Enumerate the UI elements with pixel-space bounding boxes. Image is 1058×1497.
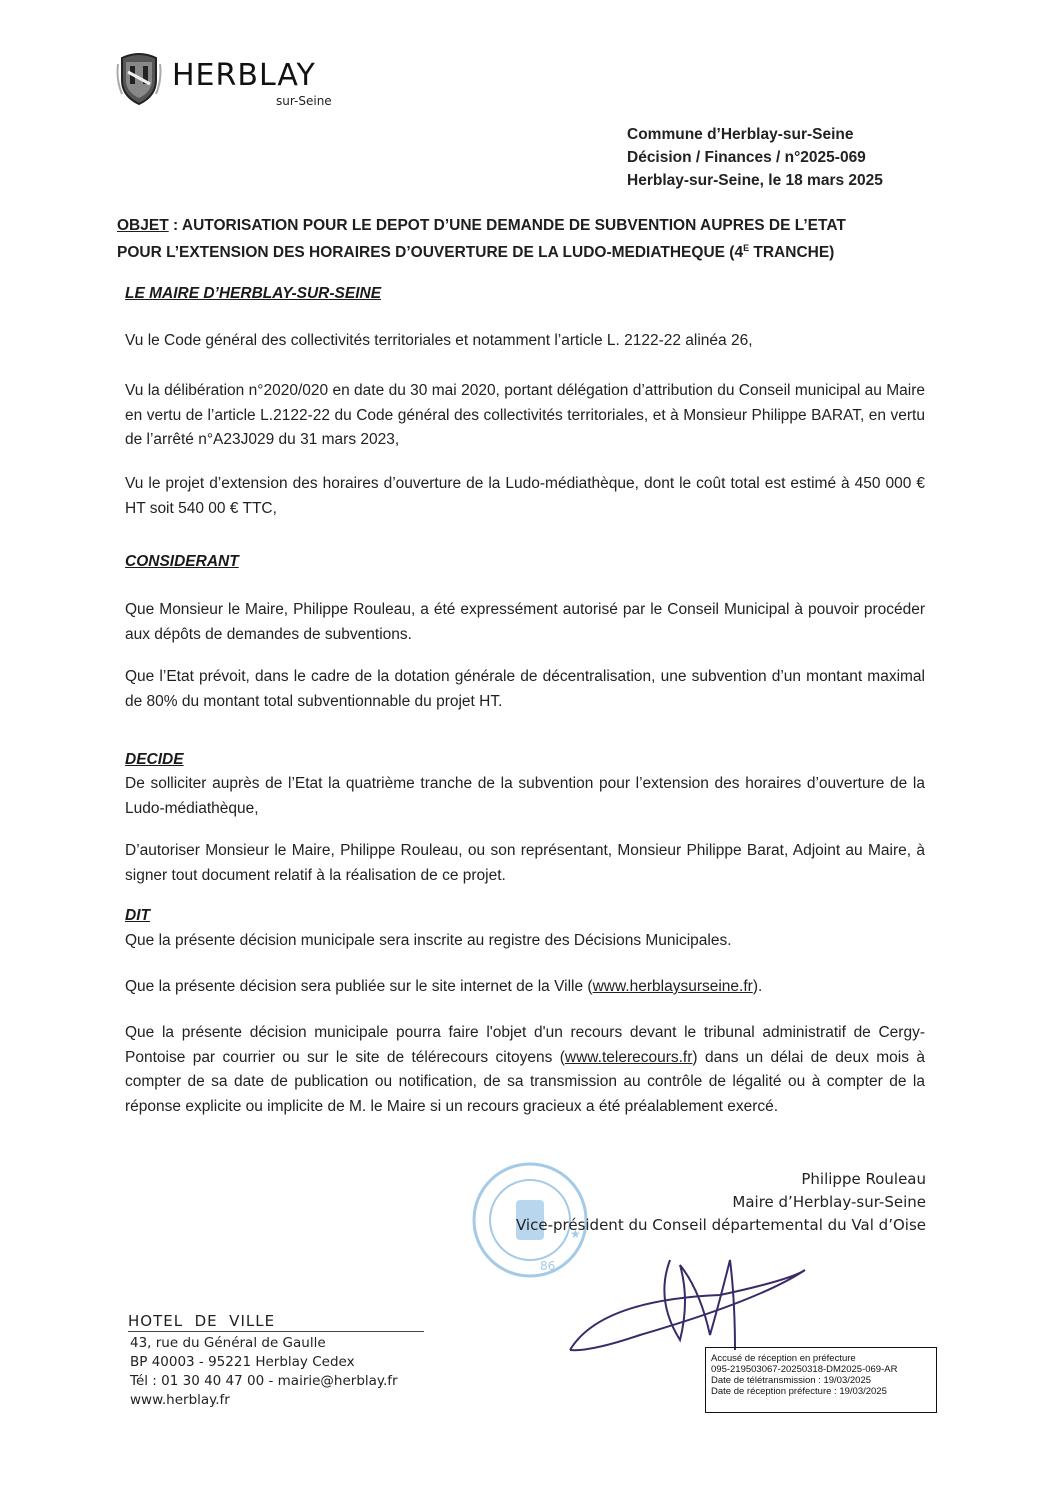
ack-transmission-date: Date de télétransmission : 19/03/2025 (711, 1375, 897, 1386)
considerant-1: Que Monsieur le Maire, Philippe Rouleau,… (125, 598, 925, 647)
visa-3: Vu le projet d’extension des horaires d’… (125, 472, 925, 521)
ack-reception-date: Date de réception préfecture : 19/03/202… (711, 1386, 897, 1397)
authority-heading: LE MAIRE D’HERBLAY-SUR-SEINE (125, 285, 381, 303)
visa-2: Vu la délibération n°2020/020 en date du… (125, 379, 925, 453)
subject-line-2: POUR L’EXTENSION DES HORAIRES D’OUVERTUR… (117, 244, 743, 261)
considerant-heading: CONSIDERANT (125, 553, 239, 571)
signatory-name: Philippe Rouleau (516, 1168, 926, 1191)
signature-block: Philippe Rouleau Maire d’Herblay-sur-Sei… (516, 1168, 926, 1237)
footer-address: 43, rue du Général de Gaulle BP 40003 - … (130, 1334, 398, 1410)
signatory-title-2: Vice-président du Conseil départemental … (516, 1214, 926, 1237)
considerant-2: Que l’Etat prévoit, dans le cadre de la … (125, 665, 925, 714)
city-website-link[interactable]: www.herblaysurseine.fr (593, 978, 753, 995)
footer-postal: BP 40003 - 95221 Herblay Cedex (130, 1353, 398, 1372)
visa-1: Vu le Code général des collectivités ter… (125, 329, 925, 354)
decision-number: Décision / Finances / n°2025-069 (627, 146, 883, 169)
footer-street: 43, rue du Général de Gaulle (130, 1334, 398, 1353)
footer-divider (128, 1331, 424, 1332)
dit-2: Que la présente décision sera publiée su… (125, 975, 925, 1000)
coat-of-arms-icon (116, 50, 162, 106)
dit-heading: DIT (125, 907, 150, 925)
ack-title: Accusé de réception en préfecture (711, 1353, 897, 1364)
svg-text:86: 86 (540, 1259, 555, 1273)
decision-reference: Commune d’Herblay-sur-Seine Décision / F… (627, 123, 883, 192)
subject-line-1: : AUTORISATION POUR LE DEPOT D’UNE DEMAN… (169, 217, 846, 234)
footer-website[interactable]: www.herblay.fr (130, 1391, 398, 1410)
prefecture-acknowledgment: Accusé de réception en préfecture 095-21… (705, 1347, 937, 1413)
subject: OBJET : AUTORISATION POUR LE DEPOT D’UNE… (117, 214, 932, 264)
footer-contact: Tél : 01 30 40 47 00 - mairie@herblay.fr (130, 1372, 398, 1391)
footer-title: HOTEL DE VILLE (128, 1312, 275, 1330)
decide-1: De solliciter auprès de l’Etat la quatri… (125, 772, 925, 821)
dit-1: Que la présente décision municipale sera… (125, 929, 925, 954)
subject-label: OBJET (117, 217, 169, 234)
herblay-logo: HERBLAY sur-Seine (108, 48, 348, 114)
place-date: Herblay-sur-Seine, le 18 mars 2025 (627, 169, 883, 192)
decide-2: D’autoriser Monsieur le Maire, Philippe … (125, 839, 925, 888)
signatory-title: Maire d’Herblay-sur-Seine (516, 1191, 926, 1214)
dit-3: Que la présente décision municipale pour… (125, 1021, 925, 1119)
commune-name: Commune d’Herblay-sur-Seine (627, 123, 883, 146)
logo-subtitle: sur-Seine (276, 94, 332, 108)
ack-id: 095-219503067-20250318-DM2025-069-AR (711, 1364, 897, 1375)
decide-heading: DECIDE (125, 751, 184, 769)
telerecours-link[interactable]: www.telerecours.fr (565, 1049, 692, 1066)
logo-name: HERBLAY (172, 58, 316, 93)
